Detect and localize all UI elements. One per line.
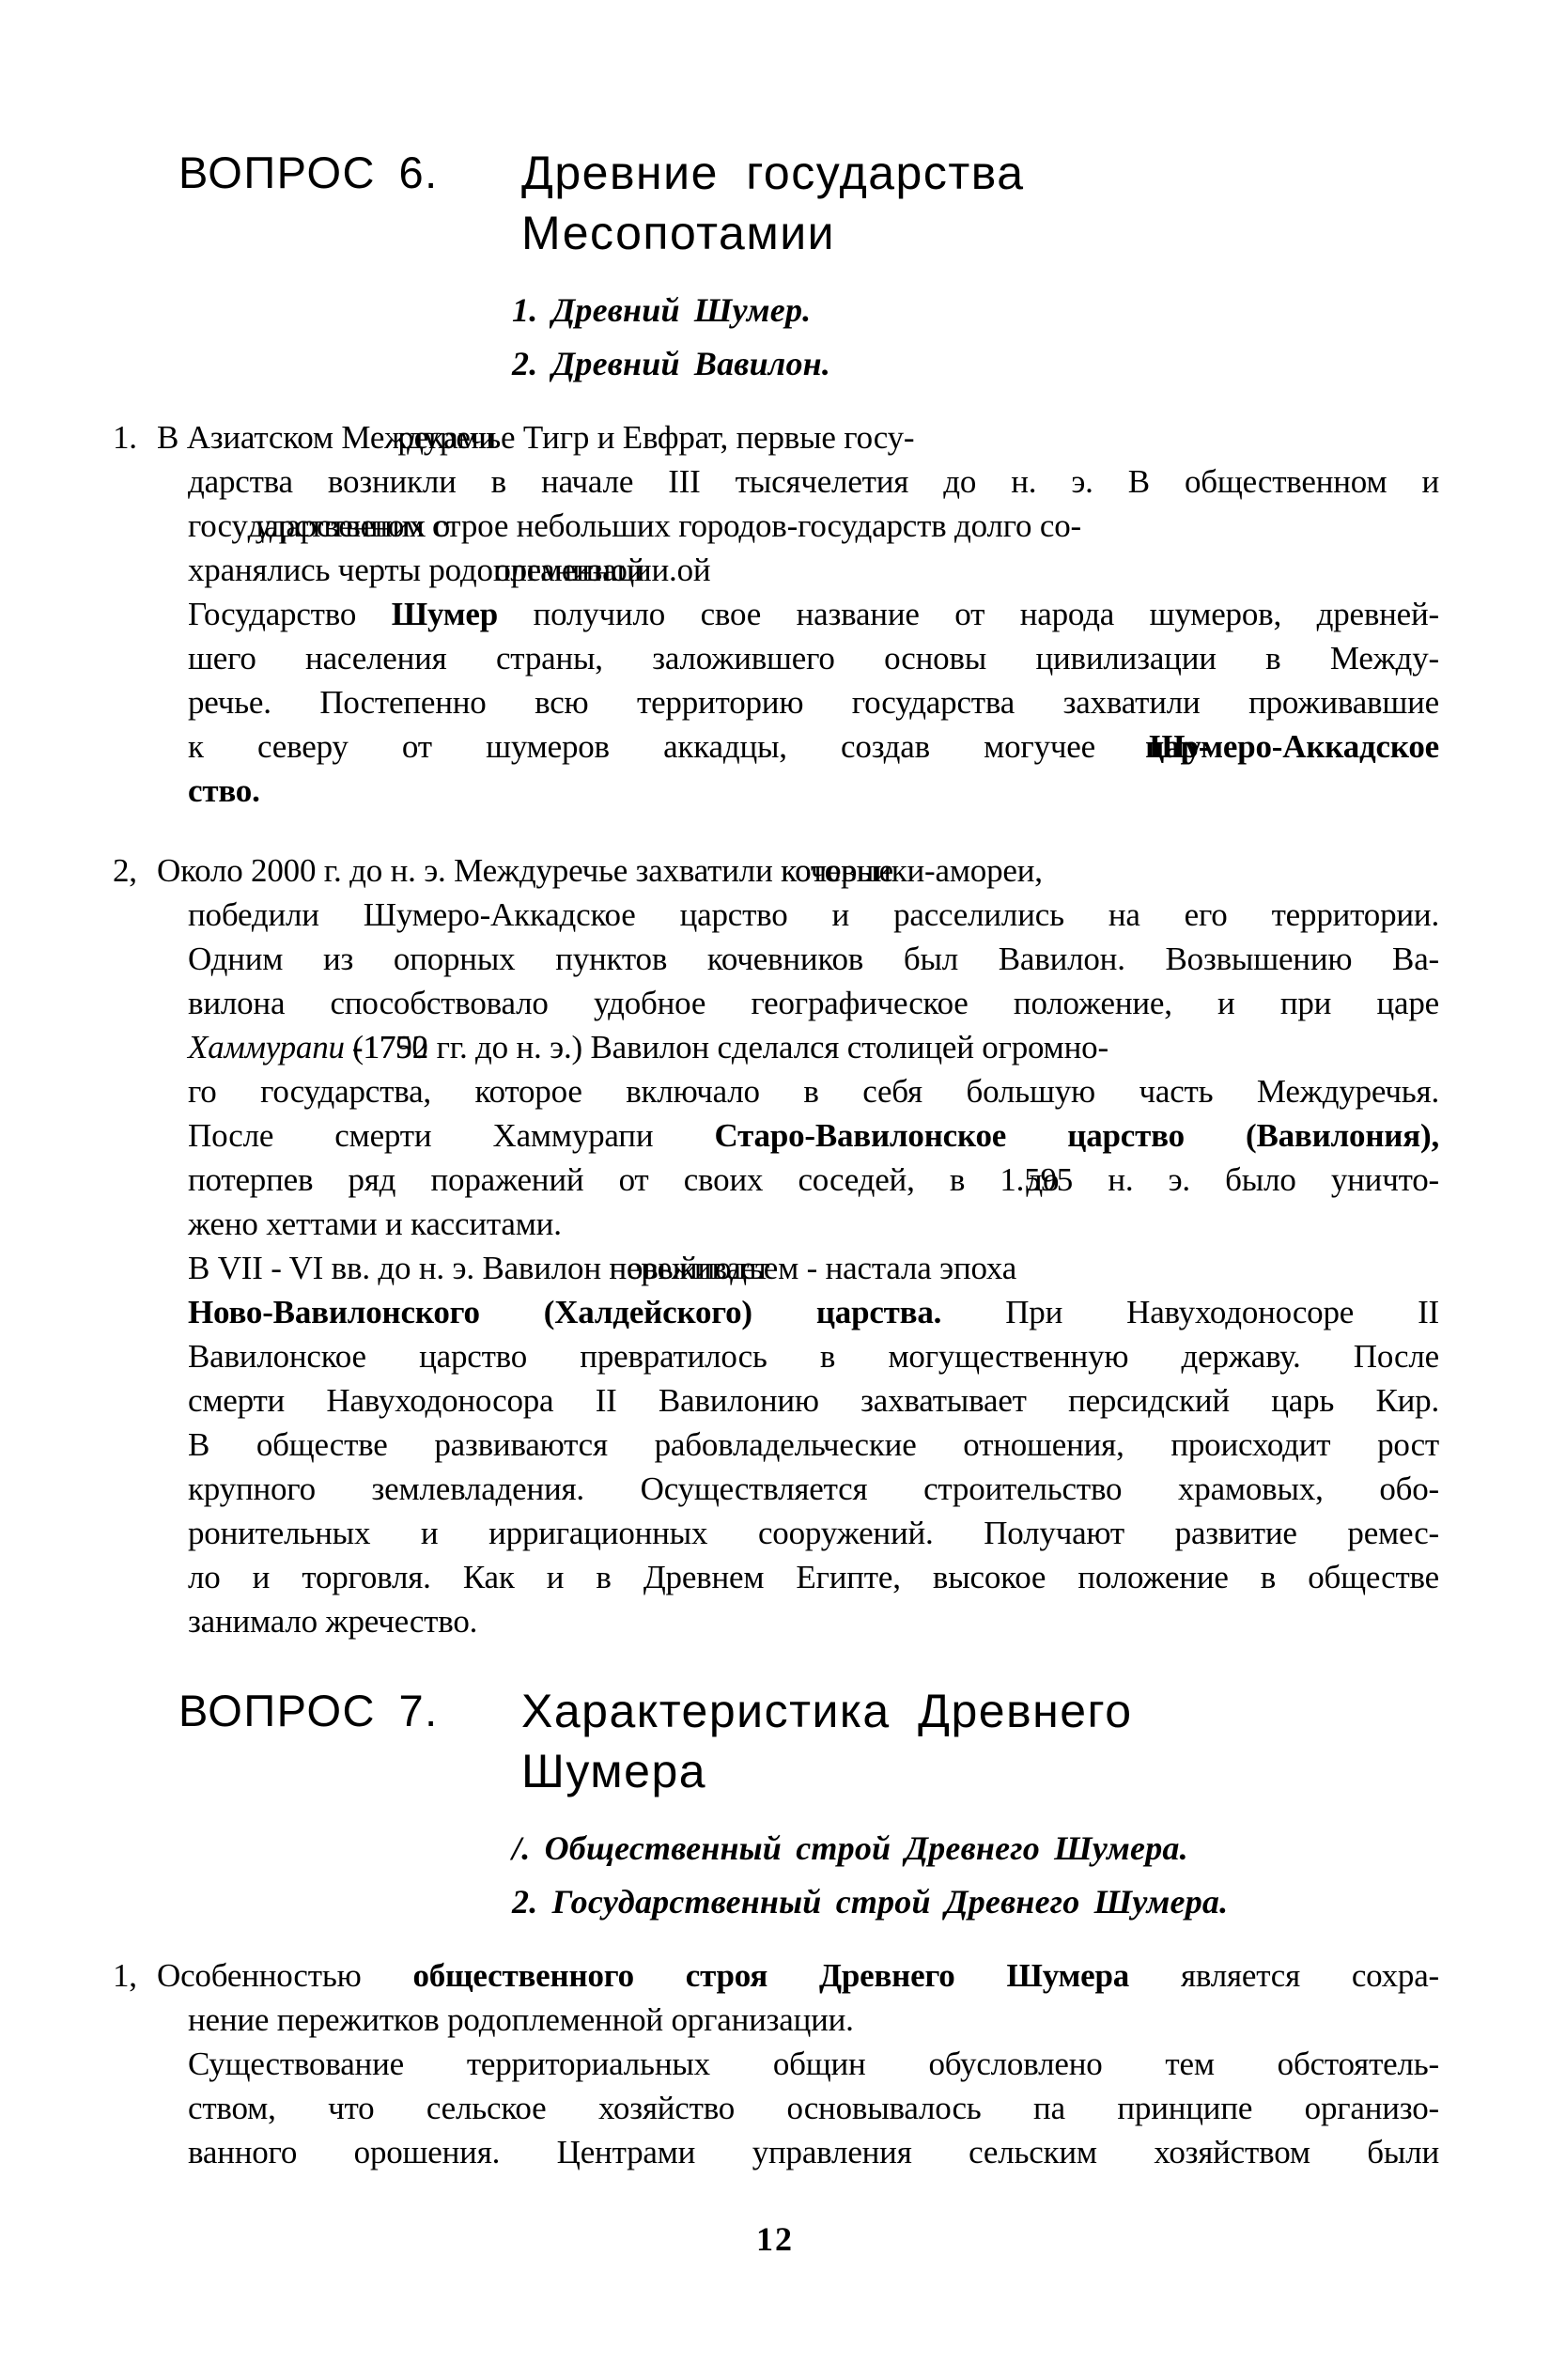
ghost-text: реками xyxy=(397,415,496,459)
subtopic-item: 2. Древний Вавилон. xyxy=(512,337,1550,391)
question-title: Характеристика ДревнегоШумера xyxy=(521,1681,1133,1801)
text-segment: В Азиатском xyxy=(157,419,341,456)
paragraph-line: победили Шумеро-Аккадское царство и расс… xyxy=(188,893,1439,937)
question-title-line: Древние государства xyxy=(521,143,1025,203)
question-title-line: Характеристика Древнего xyxy=(521,1681,1133,1741)
question-title: Древние государстваМесопотамии xyxy=(521,143,1025,263)
text-segment: Существование территориальных общин обус… xyxy=(188,2046,1439,2082)
ghost-text: которые xyxy=(781,848,893,893)
paragraph-line: ронительных и ирригационных сооружений. … xyxy=(188,1511,1439,1555)
text-segment: смерти Навуходоносора II Вавилонию захва… xyxy=(188,1382,1439,1419)
text-segment: небольших городов-государств долго со- xyxy=(508,507,1081,544)
sections: ВОПРОС 6.Древние государстваМесопотамии1… xyxy=(0,143,1550,2174)
text-segment: Государство xyxy=(188,596,392,632)
text-segment: После смерти Хаммурапи xyxy=(188,1117,715,1154)
text-segment: Ново-Вавилонского (Халдейского) царства. xyxy=(188,1294,941,1330)
paragraph-line: го государства, которое включало в себя … xyxy=(188,1069,1439,1113)
text-segment: гг. до н. э.) Вавилон сделался столицей … xyxy=(428,1029,1108,1066)
text-segment: Шумер xyxy=(392,596,498,632)
subtopic-list: /. Общественный строй Древнего Шумера.2.… xyxy=(512,1822,1550,1929)
subtopic-list: 1. Древний Шумер.2. Древний Вавилон. xyxy=(512,284,1550,391)
text-segment: госу xyxy=(188,507,248,544)
paragraph-line: Ново-Вавилонского (Халдейского) царства.… xyxy=(188,1290,1439,1334)
text-segment: Одним из опорных пунктов кочевников был … xyxy=(188,941,1439,977)
question-section: ВОПРОС 7.Характеристика ДревнегоШумера/.… xyxy=(0,1681,1550,2174)
text-segment: к северу от шумеров аккадцы, создав могу… xyxy=(188,728,1149,765)
item-list: 1.В Азиатском Междуречьереками Тигр и Ев… xyxy=(188,415,1439,1643)
question-heading: ВОПРОС 7.Характеристика ДревнегоШумера xyxy=(0,1681,1550,1801)
paragraph-line: ство. xyxy=(188,769,1439,813)
text-segment: В обществе развиваются рабовладельческие… xyxy=(188,1426,1439,1463)
text-segment: шего населения страны, заложившего основ… xyxy=(188,640,1439,677)
text-segment: При Навуходоносоре II xyxy=(941,1294,1439,1330)
numbered-item: 2,Около 2000 г. до н. э. Междуречье захв… xyxy=(188,848,1439,1643)
paragraph-line: Государство Шумер получило свое название… xyxy=(188,592,1439,636)
question-number: ВОПРОС 7. xyxy=(178,1681,521,1741)
paragraph-line: государственном строеударствених о небол… xyxy=(188,504,1439,548)
paragraph-line: Особенностью общественного строя Древнег… xyxy=(188,1953,1439,1998)
paragraph-line: занимало жречество. xyxy=(188,1599,1439,1643)
text-segment: ство. xyxy=(188,772,260,809)
text-segment: занимало жречество. xyxy=(188,1603,477,1640)
paragraph-line: Существование территориальных общин обус… xyxy=(188,2042,1439,2086)
text-segment: победили Шумеро-Аккадское царство и расс… xyxy=(188,896,1439,933)
paragraph-line: шего населения страны, заложившего основ… xyxy=(188,636,1439,680)
text-segment: го государства, которое включало в себя … xyxy=(188,1073,1439,1110)
text-segment: потерпев ряд поражений от своих соседей,… xyxy=(188,1161,1000,1198)
overprint-artifact: 1.595до xyxy=(1000,1158,1073,1202)
scanned-page: ВОПРОС 6.Древние государстваМесопотамии1… xyxy=(0,0,1550,2380)
paragraph-line: речье. Постепенно всю территорию государ… xyxy=(188,680,1439,724)
paragraph-line: ло и торговля. Как и в Древнем Египте, в… xyxy=(188,1555,1439,1599)
paragraph-line: к северу от шумеров аккадцы, создав могу… xyxy=(188,724,1439,769)
numbered-item: 1,Особенностью общественного строя Древн… xyxy=(188,1953,1439,2174)
paragraph-line: потерпев ряд поражений от своих соседей,… xyxy=(188,1158,1439,1202)
ghost-text: переживает xyxy=(609,1246,769,1290)
ghost-text: -1750 xyxy=(352,1025,428,1069)
question-section: ВОПРОС 6.Древние государстваМесопотамии1… xyxy=(0,143,1550,1643)
text-segment: Особенностью xyxy=(157,1957,412,1994)
paragraph-line: Одним из опорных пунктов кочевников был … xyxy=(188,937,1439,981)
paragraph-line: вилона способствовало удобное географиче… xyxy=(188,981,1439,1025)
overprint-artifact: дарственном строеударствених о xyxy=(248,504,509,548)
text-segment: Тигр и Евфрат, первые госу- xyxy=(515,419,914,456)
item-number: 1, xyxy=(113,1953,137,1998)
item-number: 2, xyxy=(113,848,137,893)
subtopic-item: 2. Государственный строй Древнего Шумера… xyxy=(512,1875,1550,1929)
paragraph-line: нение пережитков родоплеменной организац… xyxy=(188,1998,1439,2042)
overprint-artifact: Шумеро-Аккадскоецар- xyxy=(1149,724,1439,769)
question-title-line: Шумера xyxy=(521,1741,1133,1801)
overprint-artifact: кочевники-амореи,которые xyxy=(781,848,1043,893)
page-content: ВОПРОС 6.Древние государстваМесопотамии1… xyxy=(0,0,1550,2259)
paragraph-line: хранялись черты родоплеменнойорганизации… xyxy=(188,548,1439,592)
ghost-text: ударствених о xyxy=(256,504,450,548)
paragraph-line: Около 2000 г. до н. э. Междуречье захват… xyxy=(188,848,1439,893)
text-segment: Хаммурапи xyxy=(188,1029,345,1066)
text-segment: ронительных и ирригационных сооружений. … xyxy=(188,1515,1439,1551)
overprint-artifact: 1792-1750 xyxy=(364,1025,428,1069)
numbered-item: 1.В Азиатском Междуречьереками Тигр и Ев… xyxy=(188,415,1439,813)
text-segment: хранялись черты xyxy=(188,552,428,588)
text-segment: Вавилонское царство превратилось в могущ… xyxy=(188,1338,1439,1375)
paragraph-line: В Азиатском Междуречьереками Тигр и Евфр… xyxy=(188,415,1439,459)
text-segment: общественного строя Древнего Шумера xyxy=(412,1957,1129,1994)
subtopic-item: 1. Древний Шумер. xyxy=(512,284,1550,337)
paragraph-line: Вавилонское царство превратилось в могущ… xyxy=(188,1334,1439,1378)
paragraph-line: ством, что сельское хозяйство основывало… xyxy=(188,2086,1439,2130)
text-segment: ванного орошения. Центрами управления се… xyxy=(188,2134,1439,2170)
text-segment: Около 2000 г. до н. э. Междуречье захват… xyxy=(157,852,781,889)
ghost-text: организации.ой xyxy=(494,548,710,592)
paragraph-line: Хаммурапи (1792-1750 гг. до н. э.) Вавил… xyxy=(188,1025,1439,1069)
ghost-text: до xyxy=(1026,1158,1059,1202)
text-segment: речье. Постепенно всю территорию государ… xyxy=(188,684,1439,721)
text-segment: ством, что сельское хозяйство основывало… xyxy=(188,2090,1439,2126)
text-segment: дарства возникли в начале III тысячелети… xyxy=(188,463,1439,500)
text-segment: жено хеттами и касситами. xyxy=(188,1206,562,1242)
paragraph-line: В обществе развиваются рабовладельческие… xyxy=(188,1423,1439,1467)
paragraph-line: ванного орошения. Центрами управления се… xyxy=(188,2130,1439,2174)
item-number: 1. xyxy=(113,415,137,459)
overprint-artifact: Междуречьереками xyxy=(341,415,515,459)
item-list: 1,Особенностью общественного строя Древн… xyxy=(188,1953,1439,2174)
question-heading: ВОПРОС 6.Древние государстваМесопотамии xyxy=(0,143,1550,263)
paragraph-line: жено хеттами и касситами. xyxy=(188,1202,1439,1246)
paragraph-line: крупного землевладения. Осуществляется с… xyxy=(188,1467,1439,1511)
text-segment: В VII - VI вв. до н. э. Вавилон xyxy=(188,1250,609,1286)
text-segment: является сохра- xyxy=(1129,1957,1439,1994)
question-title-line: Месопотамии xyxy=(521,203,1025,263)
text-segment: крупного землевладения. Осуществляется с… xyxy=(188,1470,1439,1507)
page-number: 12 xyxy=(0,2219,1550,2259)
overprint-artifact: родоплеменнойорганизации.ой xyxy=(428,548,644,592)
overprint-artifact: новыйпереживает xyxy=(609,1246,697,1290)
subtopic-item: /. Общественный строй Древнего Шумера. xyxy=(512,1822,1550,1875)
question-number: ВОПРОС 6. xyxy=(178,143,521,203)
text-segment: н. э. было уничто- xyxy=(1073,1161,1439,1198)
text-segment: нение пережитков родоплеменной организац… xyxy=(188,2001,854,2038)
text-segment: вилона способствовало удобное географиче… xyxy=(188,985,1439,1021)
text-segment: получило свое название от народа шумеров… xyxy=(498,596,1439,632)
text-segment: Старо-Вавилонское царство (Вавилония), xyxy=(715,1117,1440,1154)
paragraph-line: В VII - VI вв. до н. э. Вавилон новыйпер… xyxy=(188,1246,1439,1290)
text-segment: ло и торговля. Как и в Древнем Египте, в… xyxy=(188,1559,1439,1595)
paragraph-line: смерти Навуходоносора II Вавилонию захва… xyxy=(188,1378,1439,1423)
paragraph-line: дарства возникли в начале III тысячелети… xyxy=(188,459,1439,504)
paragraph-line: После смерти Хаммурапи Старо-Вавилонское… xyxy=(188,1113,1439,1158)
ghost-text: цар- xyxy=(1145,724,1209,769)
